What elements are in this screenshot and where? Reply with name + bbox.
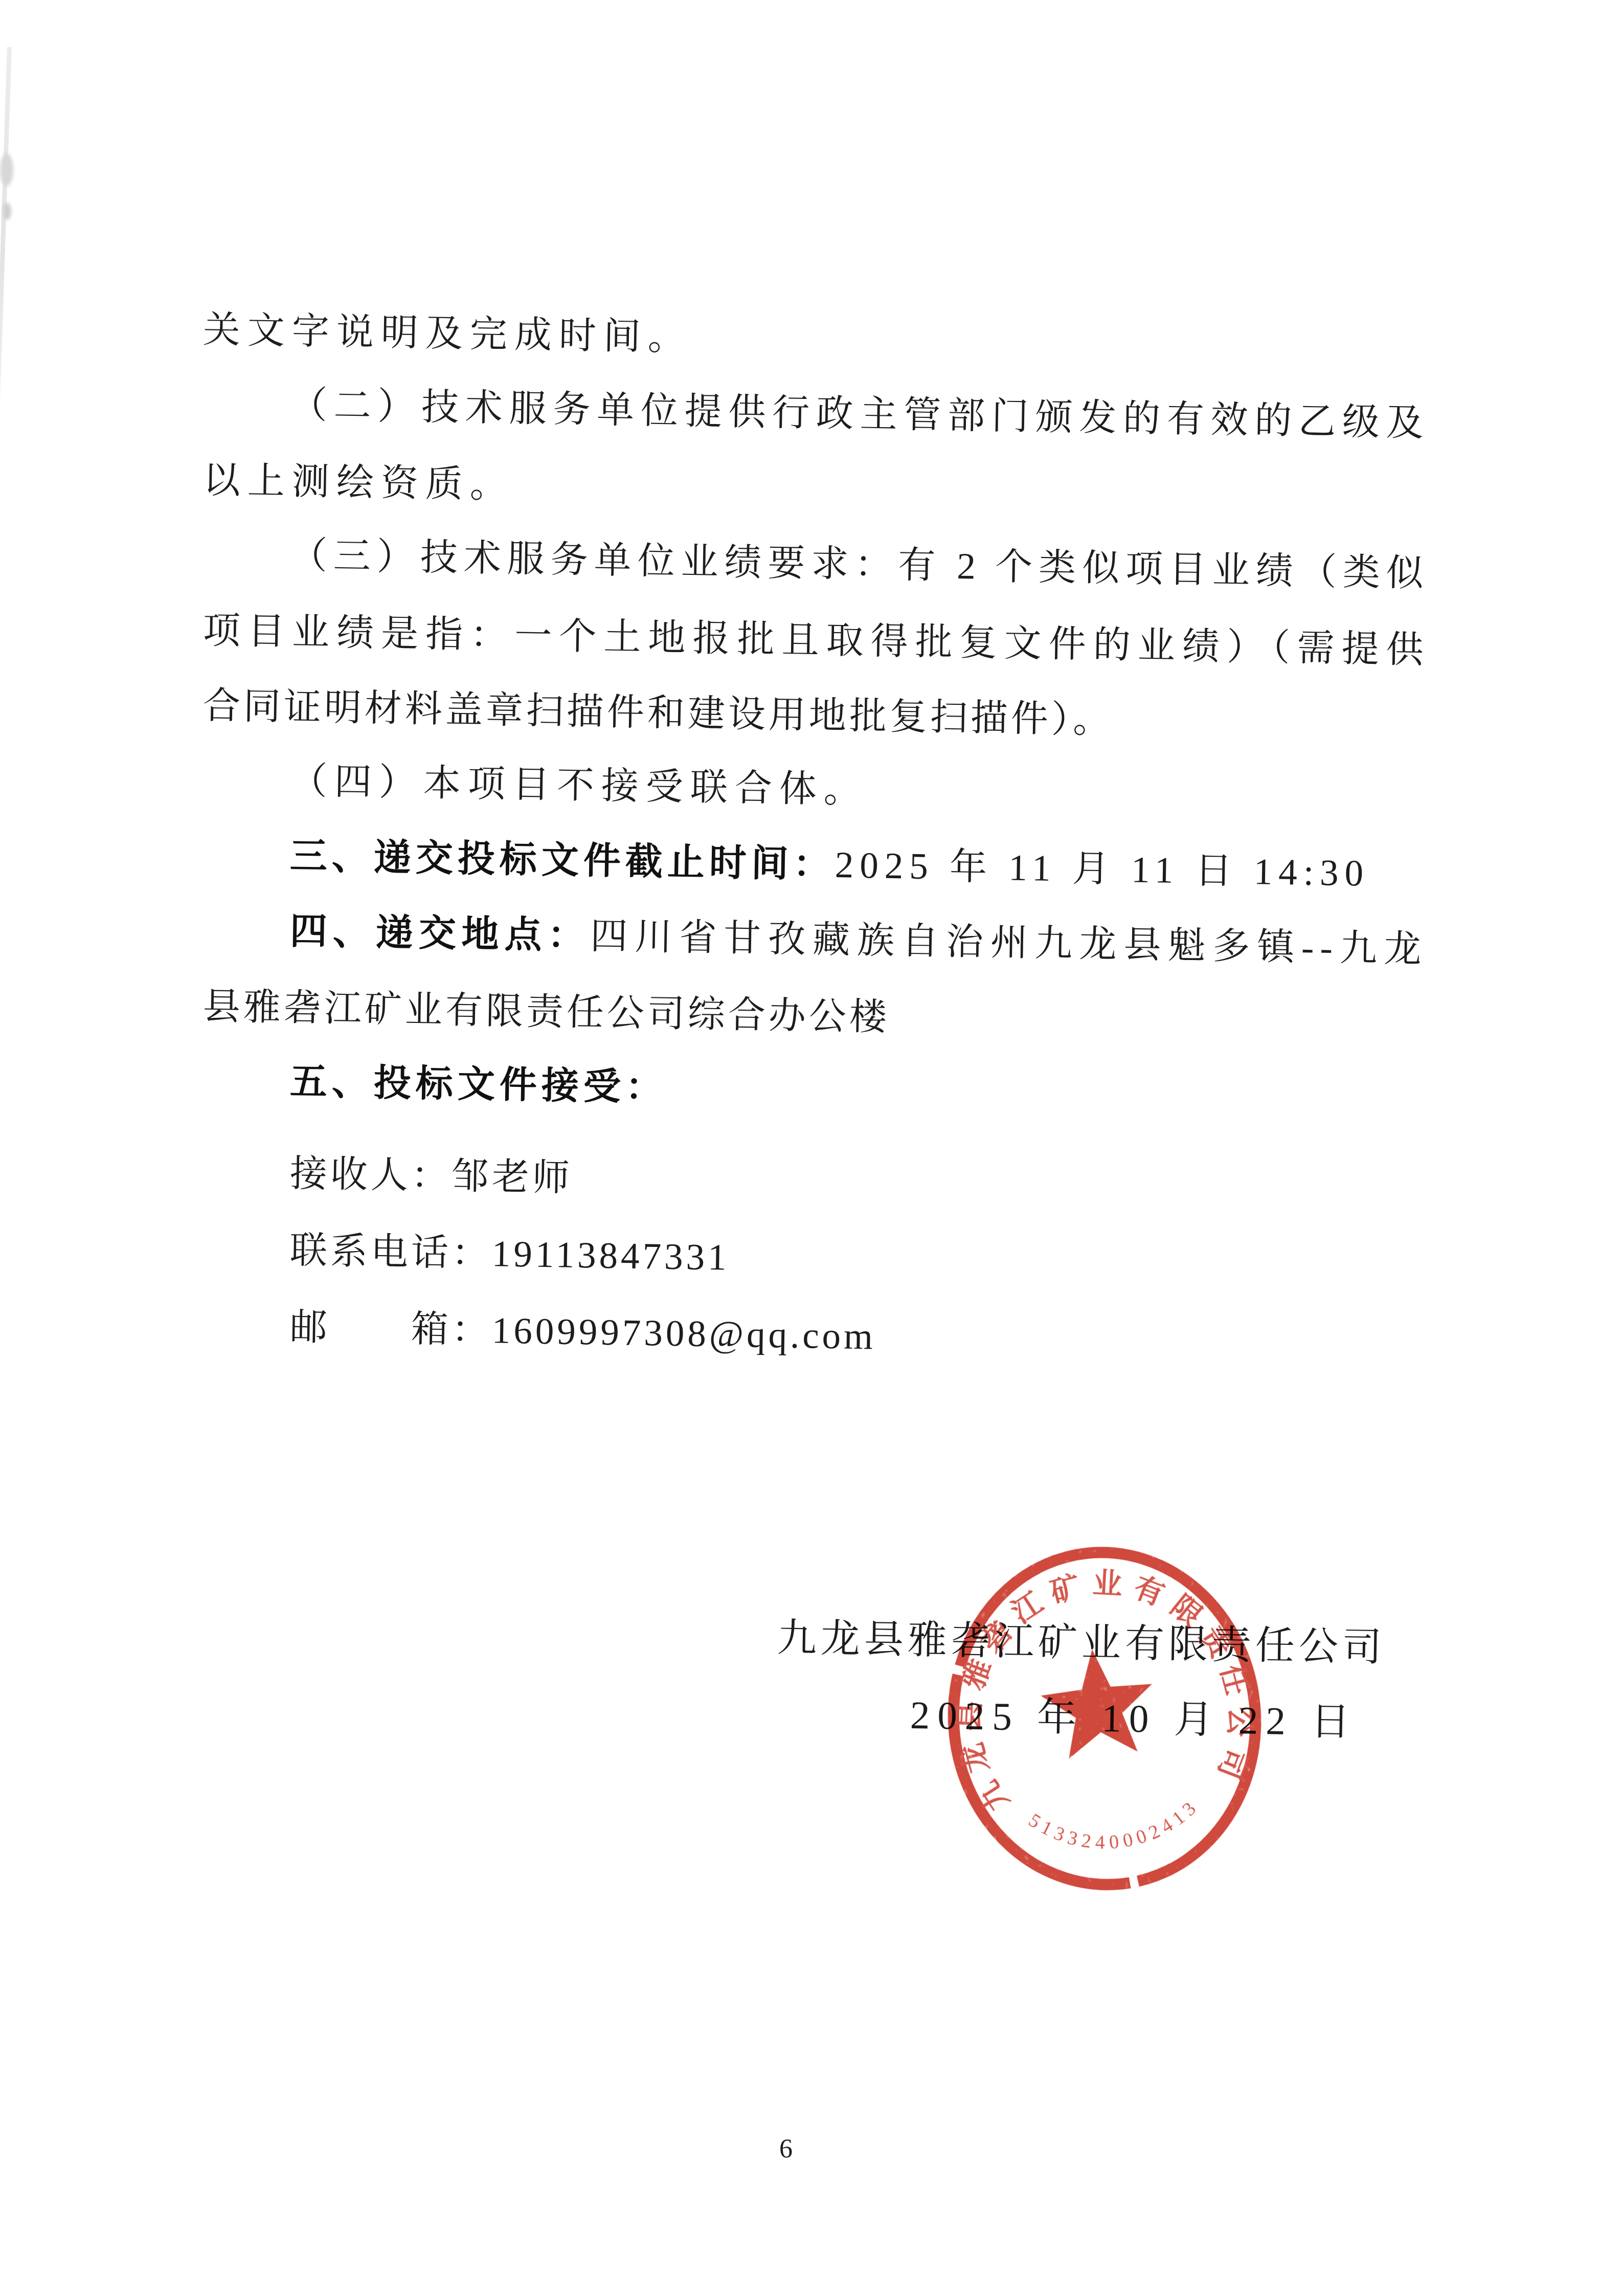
document-line: 接收人：邹老师 bbox=[289, 1148, 573, 1204]
scan-smudge-artifact bbox=[0, 153, 13, 186]
document-line: 项目业绩是指：一个土地报批且取得批复文件的业绩）（需提供 bbox=[202, 605, 1428, 676]
seal-ring-text-path: 九龙县雅砻江矿业有限责任公司 bbox=[936, 1551, 1266, 1821]
line-text: 四川省甘孜藏族自治州九龙县魁多镇--九龙 bbox=[590, 915, 1428, 970]
signature-company: 九龙县雅砻江矿业有限责任公司 bbox=[777, 1612, 1386, 1673]
heading-bold: 三、递交投标文件截止时间： bbox=[289, 835, 835, 885]
document-line: 四、递交地点：四川省甘孜藏族自治州九龙县魁多镇--九龙 bbox=[289, 906, 1428, 975]
line-text: 2025 年 11 月 11 日 14:30 bbox=[835, 844, 1370, 894]
seal-serial: 5133240002413 bbox=[1023, 1792, 1209, 1862]
document-line: 联系电话：19113847331 bbox=[289, 1225, 730, 1283]
document-line: 县雅砻江矿业有限责任公司综合办公楼 bbox=[202, 981, 890, 1043]
signature-date: 2025 年 10 月 22 日 bbox=[910, 1689, 1358, 1748]
document-line: 以上测绘资质。 bbox=[202, 455, 515, 511]
document-line: 邮 箱：1609997308@qq.com bbox=[289, 1302, 876, 1362]
document-line: （二）技术服务单位提供行政主管部门颁发的有效的乙级及 bbox=[289, 380, 1428, 449]
document-line: 关文字说明及完成时间。 bbox=[202, 304, 692, 363]
heading-bold: 五、投标文件接受： bbox=[289, 1061, 667, 1108]
page-number: 6 bbox=[779, 2134, 793, 2165]
scan-streak-artifact bbox=[0, 47, 12, 430]
document-line: 合同证明材料盖章扫描件和建设用地批复扫描件）。 bbox=[202, 680, 1114, 746]
scan-smudge-artifact bbox=[3, 203, 11, 220]
heading-bold: 四、递交地点： bbox=[289, 910, 591, 956]
seal-serial-path: 5133240002413 bbox=[1023, 1792, 1209, 1862]
document-page: 关文字说明及完成时间。（二）技术服务单位提供行政主管部门颁发的有效的乙级及以上测… bbox=[0, 0, 1623, 2296]
document-line: 五、投标文件接受： bbox=[289, 1056, 668, 1113]
seal-ring-text: 九龙县雅砻江矿业有限责任公司 bbox=[936, 1551, 1266, 1821]
document-line: （四）本项目不接受联合体。 bbox=[289, 755, 868, 816]
document-line: （三）技术服务单位业绩要求：有 2 个类似项目业绩（类似 bbox=[289, 530, 1428, 599]
document-line: 三、递交投标文件截止时间：2025 年 11 月 11 日 14:30 bbox=[289, 831, 1370, 899]
